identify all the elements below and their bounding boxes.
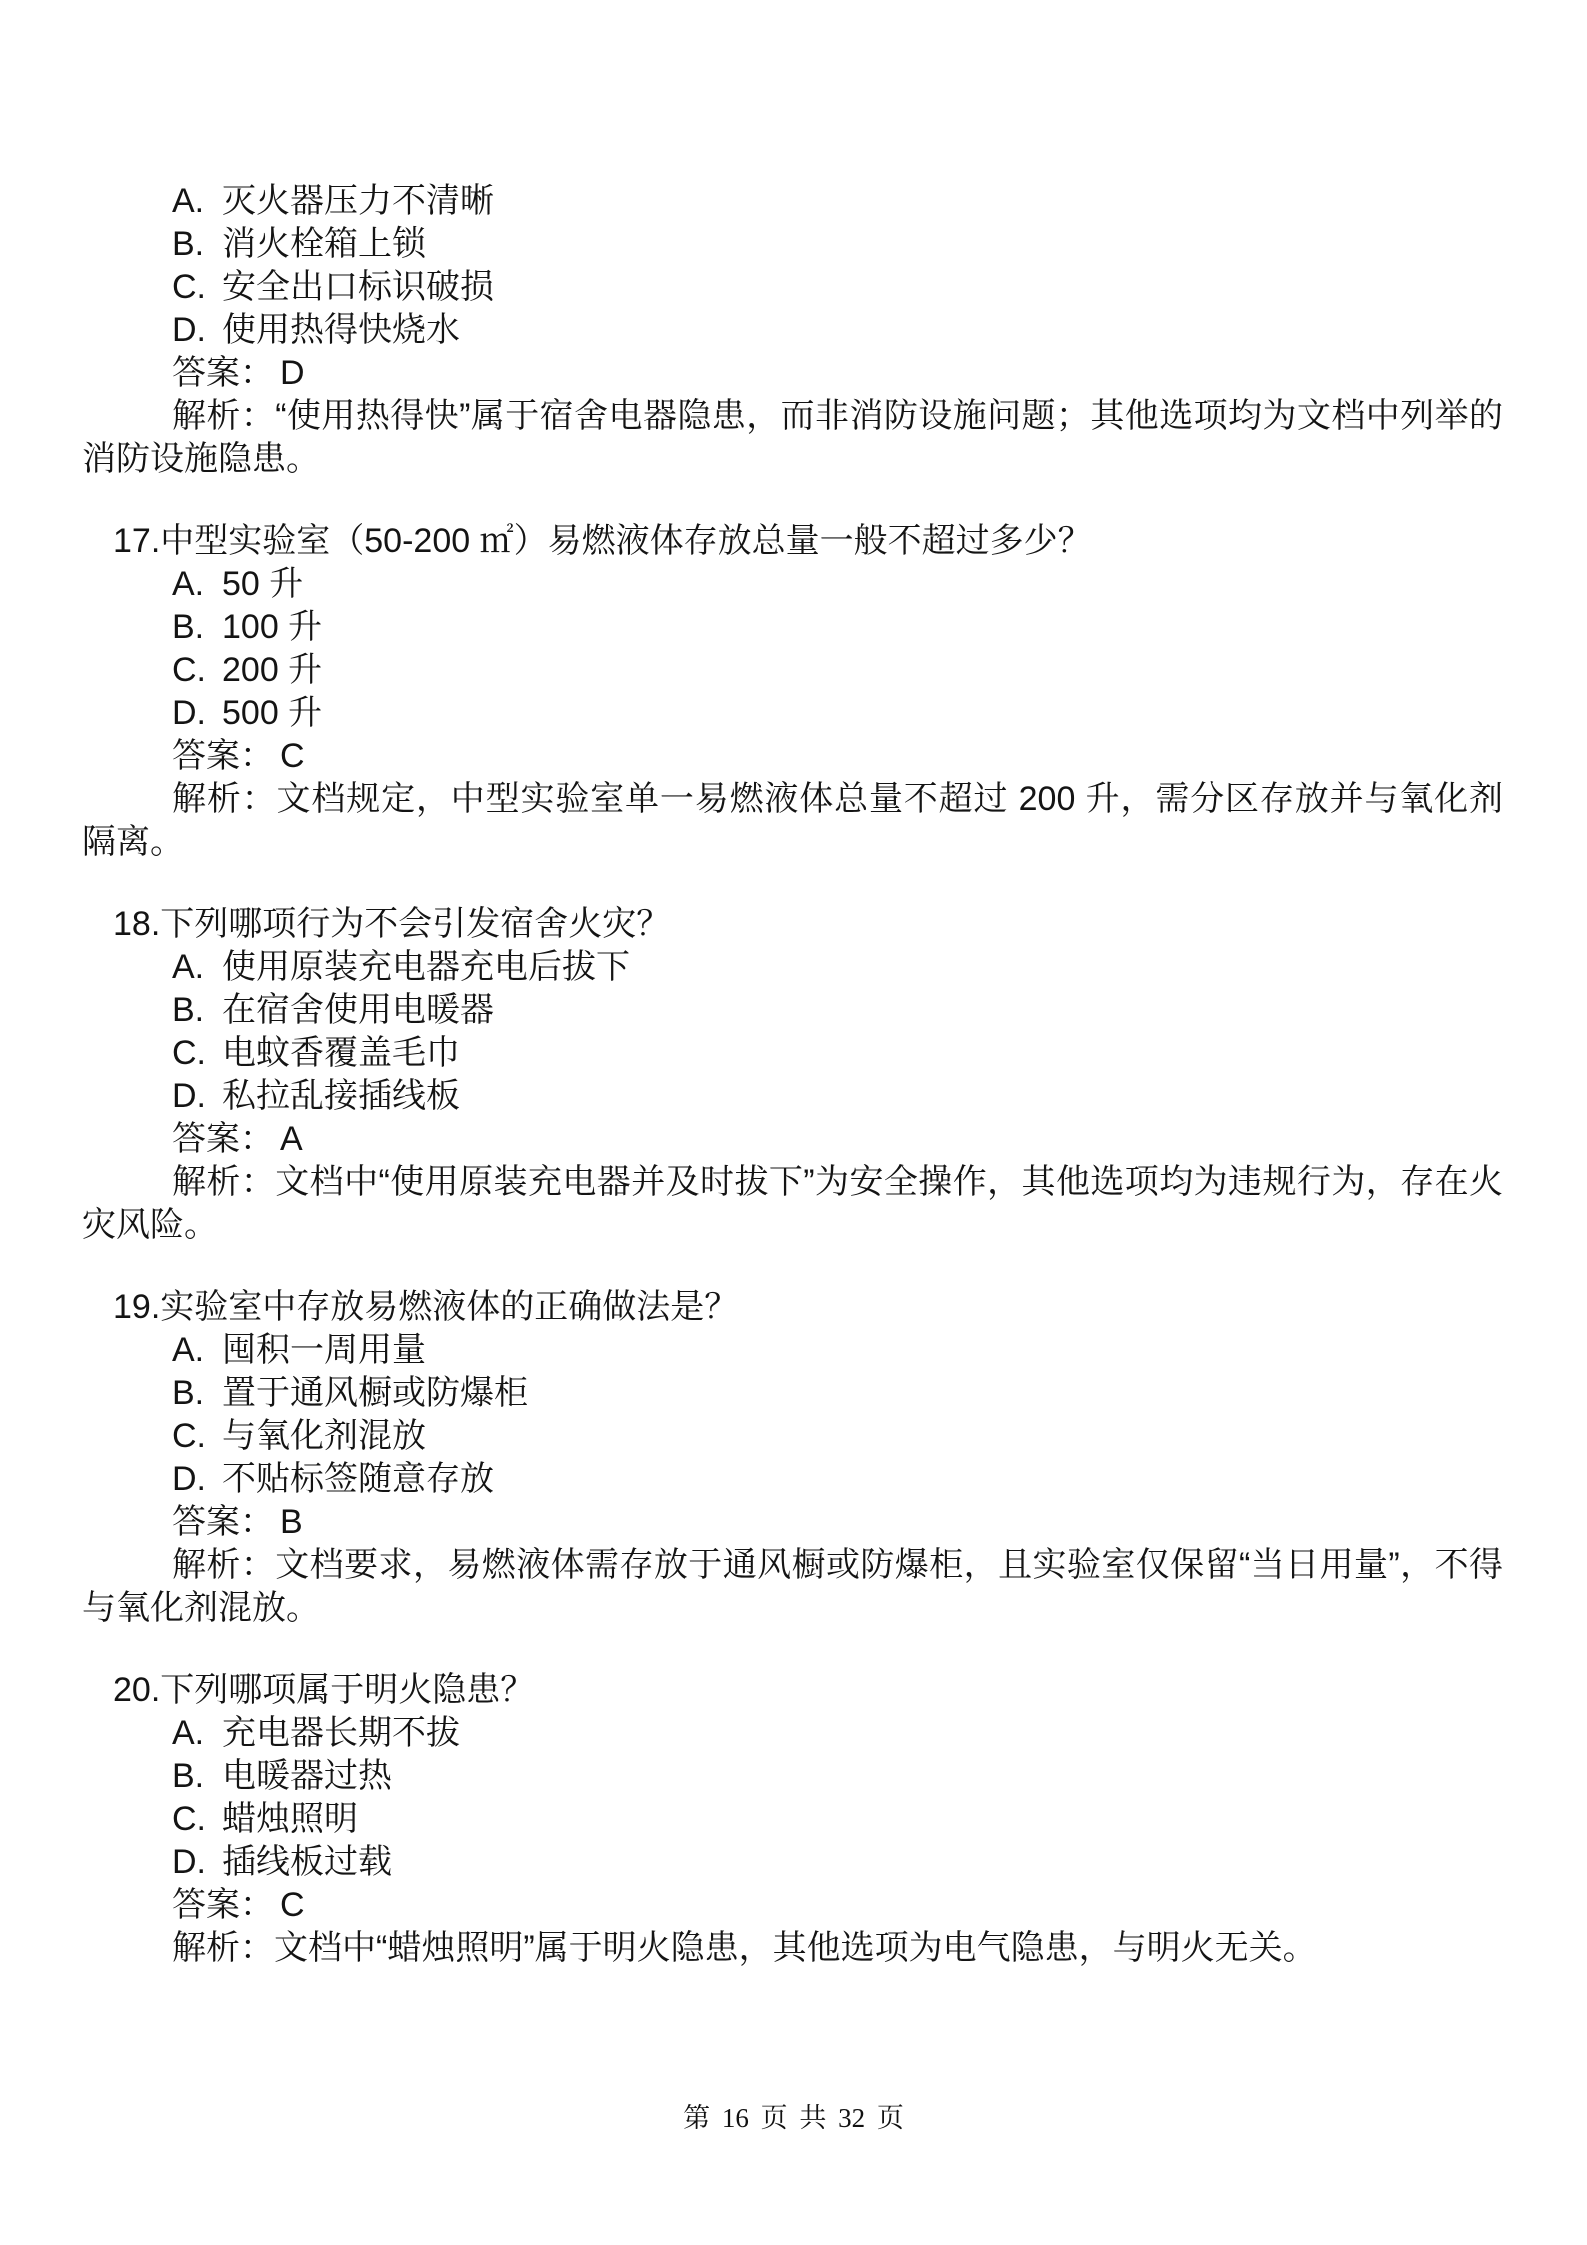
option-text: 安全出口标识破损 — [222, 268, 494, 306]
answer-value: D — [280, 354, 305, 392]
option-text: 电蚊香覆盖毛巾 — [222, 1034, 460, 1072]
option-item: B.置于通风橱或防爆柜 — [82, 1372, 1503, 1415]
option-text: 与氧化剂混放 — [222, 1417, 426, 1455]
option-item: A.充电器长期不拔 — [82, 1712, 1503, 1755]
analysis-label: 解析： — [172, 1546, 275, 1584]
option-item: D.使用热得快烧水 — [82, 309, 1503, 352]
analysis-paragraph: 解析：“使用热得快”属于宿舍电器隐患，而非消防设施问题；其他选项均为文档中列举的… — [82, 395, 1503, 481]
option-item: C.200 升 — [82, 649, 1503, 692]
option-item: C.与氧化剂混放 — [82, 1415, 1503, 1458]
question-line: 20.下列哪项属于明火隐患？ — [82, 1669, 1503, 1712]
option-item: B.在宿舍使用电暖器 — [82, 989, 1503, 1032]
analysis-paragraph: 解析：文档中“蜡烛照明”属于明火隐患，其他选项为电气隐患，与明火无关。 — [82, 1927, 1503, 1970]
answer-label: 答案： — [172, 1886, 274, 1924]
option-text: 100 升 — [222, 608, 322, 646]
options-list: A.50 升B.100 升C.200 升D.500 升 — [82, 563, 1503, 735]
question-block: 18.下列哪项行为不会引发宿舍火灾？ A.使用原装充电器充电后拔下B.在宿舍使用… — [82, 903, 1503, 1247]
option-text: 插线板过载 — [222, 1843, 392, 1881]
question-line: 19.实验室中存放易燃液体的正确做法是？ — [82, 1286, 1503, 1329]
option-label: C. — [172, 649, 222, 692]
option-label: D. — [172, 309, 222, 352]
analysis-text: 文档规定，中型实验室单一易燃液体总量不超过 200 升，需分区存放并与氧化剂隔离… — [82, 780, 1503, 861]
options-list: A.灭火器压力不清晰B.消火栓箱上锁C.安全出口标识破损D.使用热得快烧水 — [82, 180, 1503, 352]
option-text: 使用热得快烧水 — [222, 311, 460, 349]
option-label: B. — [172, 1372, 222, 1415]
option-item: C.安全出口标识破损 — [82, 266, 1503, 309]
option-item: D.插线板过载 — [82, 1841, 1503, 1884]
answer-label: 答案： — [172, 737, 274, 775]
analysis-label: 解析： — [172, 780, 277, 818]
analysis-text: 文档要求，易燃液体需存放于通风橱或防爆柜，且实验室仅保留“当日用量”，不得与氧化… — [82, 1546, 1503, 1627]
answer-value: C — [280, 737, 305, 775]
analysis-text: 文档中“使用原装充电器并及时拔下”为安全操作，其他选项均为违规行为，存在火灾风险… — [82, 1163, 1503, 1244]
question-text: 中型实验室（50-200 ㎡）易燃液体存放总量一般不超过多少？ — [160, 522, 1091, 560]
option-text: 消火栓箱上锁 — [222, 225, 426, 263]
option-text: 私拉乱接插线板 — [222, 1077, 460, 1115]
option-label: C. — [172, 1415, 222, 1458]
answer-line: 答案：C — [82, 735, 1503, 778]
option-text: 囤积一周用量 — [222, 1331, 426, 1369]
question-number: 19. — [113, 1286, 160, 1329]
analysis-text: “使用热得快”属于宿舍电器隐患，而非消防设施问题；其他选项均为文档中列举的消防设… — [82, 397, 1503, 478]
option-label: C. — [172, 1032, 222, 1075]
option-label: B. — [172, 606, 222, 649]
option-label: D. — [172, 1458, 222, 1501]
option-text: 200 升 — [222, 651, 322, 689]
option-label: B. — [172, 223, 222, 266]
option-item: D.500 升 — [82, 692, 1503, 735]
question-line: 18.下列哪项行为不会引发宿舍火灾？ — [82, 903, 1503, 946]
option-text: 500 升 — [222, 694, 322, 732]
option-item: C.蜡烛照明 — [82, 1798, 1503, 1841]
option-label: A. — [172, 180, 222, 223]
option-text: 使用原装充电器充电后拔下 — [222, 948, 630, 986]
analysis-paragraph: 解析：文档规定，中型实验室单一易燃液体总量不超过 200 升，需分区存放并与氧化… — [82, 778, 1503, 864]
document-content: A.灭火器压力不清晰B.消火栓箱上锁C.安全出口标识破损D.使用热得快烧水 答案… — [82, 180, 1503, 2009]
question-block: 17.中型实验室（50-200 ㎡）易燃液体存放总量一般不超过多少？ A.50 … — [82, 520, 1503, 864]
question-block: 19.实验室中存放易燃液体的正确做法是？ A.囤积一周用量B.置于通风橱或防爆柜… — [82, 1286, 1503, 1630]
question-line: 17.中型实验室（50-200 ㎡）易燃液体存放总量一般不超过多少？ — [82, 520, 1503, 563]
answer-value: C — [280, 1886, 305, 1924]
document-page: A.灭火器压力不清晰B.消火栓箱上锁C.安全出口标识破损D.使用热得快烧水 答案… — [0, 0, 1587, 2245]
option-item: A.50 升 — [82, 563, 1503, 606]
option-item: B.100 升 — [82, 606, 1503, 649]
option-text: 不贴标签随意存放 — [222, 1460, 494, 1498]
option-label: D. — [172, 1075, 222, 1118]
page-footer: 第 16 页 共 32 页 — [0, 2100, 1587, 2136]
options-list: A.充电器长期不拔B.电暖器过热C.蜡烛照明D.插线板过载 — [82, 1712, 1503, 1884]
answer-line: 答案：D — [82, 352, 1503, 395]
option-label: B. — [172, 989, 222, 1032]
option-item: C.电蚊香覆盖毛巾 — [82, 1032, 1503, 1075]
option-text: 在宿舍使用电暖器 — [222, 991, 494, 1029]
answer-line: 答案：C — [82, 1884, 1503, 1927]
option-label: B. — [172, 1755, 222, 1798]
answer-label: 答案： — [172, 1503, 274, 1541]
options-list: A.使用原装充电器充电后拔下B.在宿舍使用电暖器C.电蚊香覆盖毛巾D.私拉乱接插… — [82, 946, 1503, 1118]
analysis-paragraph: 解析：文档要求，易燃液体需存放于通风橱或防爆柜，且实验室仅保留“当日用量”，不得… — [82, 1544, 1503, 1630]
analysis-paragraph: 解析：文档中“使用原装充电器并及时拔下”为安全操作，其他选项均为违规行为，存在火… — [82, 1161, 1503, 1247]
option-item: A.使用原装充电器充电后拔下 — [82, 946, 1503, 989]
option-item: B.电暖器过热 — [82, 1755, 1503, 1798]
option-text: 蜡烛照明 — [222, 1800, 358, 1838]
answer-label: 答案： — [172, 1120, 274, 1158]
option-text: 50 升 — [222, 565, 303, 603]
option-label: C. — [172, 266, 222, 309]
analysis-label: 解析： — [172, 1163, 275, 1201]
option-label: D. — [172, 692, 222, 735]
question-text: 下列哪项行为不会引发宿舍火灾？ — [160, 905, 670, 943]
answer-value: A — [280, 1120, 303, 1158]
question-number: 18. — [113, 903, 160, 946]
analysis-text: 文档中“蜡烛照明”属于明火隐患，其他选项为电气隐患，与明火无关。 — [274, 1929, 1317, 1967]
answer-label: 答案： — [172, 354, 274, 392]
option-item: A.囤积一周用量 — [82, 1329, 1503, 1372]
question-block: A.灭火器压力不清晰B.消火栓箱上锁C.安全出口标识破损D.使用热得快烧水 答案… — [82, 180, 1503, 481]
option-text: 置于通风橱或防爆柜 — [222, 1374, 528, 1412]
option-label: A. — [172, 1712, 222, 1755]
question-block: 20.下列哪项属于明火隐患？ A.充电器长期不拔B.电暖器过热C.蜡烛照明D.插… — [82, 1669, 1503, 1970]
answer-value: B — [280, 1503, 303, 1541]
options-list: A.囤积一周用量B.置于通风橱或防爆柜C.与氧化剂混放D.不贴标签随意存放 — [82, 1329, 1503, 1501]
option-item: D.私拉乱接插线板 — [82, 1075, 1503, 1118]
option-label: A. — [172, 1329, 222, 1372]
option-item: B.消火栓箱上锁 — [82, 223, 1503, 266]
option-label: A. — [172, 563, 222, 606]
answer-line: 答案：B — [82, 1501, 1503, 1544]
option-label: C. — [172, 1798, 222, 1841]
question-text: 实验室中存放易燃液体的正确做法是？ — [160, 1288, 738, 1326]
option-item: A.灭火器压力不清晰 — [82, 180, 1503, 223]
answer-line: 答案：A — [82, 1118, 1503, 1161]
option-text: 电暖器过热 — [222, 1757, 392, 1795]
option-text: 灭火器压力不清晰 — [222, 182, 494, 220]
question-number: 20. — [113, 1669, 160, 1712]
option-text: 充电器长期不拔 — [222, 1714, 460, 1752]
option-item: D.不贴标签随意存放 — [82, 1458, 1503, 1501]
analysis-label: 解析： — [172, 397, 275, 435]
option-label: D. — [172, 1841, 222, 1884]
question-number: 17. — [113, 520, 160, 563]
option-label: A. — [172, 946, 222, 989]
analysis-label: 解析： — [172, 1929, 274, 1967]
question-text: 下列哪项属于明火隐患？ — [160, 1671, 534, 1709]
